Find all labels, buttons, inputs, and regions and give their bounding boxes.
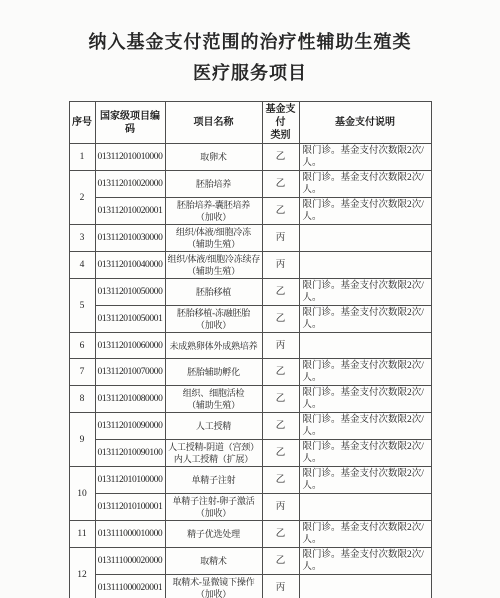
note-cell: 限门诊。基金支付次数限2次/ 人。 — [299, 144, 431, 171]
table-row: 4013112010040000组织/体液/细胞冷冻续存 （辅助生殖）丙 — [69, 252, 431, 279]
note-cell: 限门诊。基金支付次数限2次/ 人。 — [299, 359, 431, 386]
table-row: 8013112010080000组织、细胞活检 （辅助生殖）乙限门诊。基金支付次… — [69, 386, 431, 413]
seq-cell: 1 — [69, 144, 95, 171]
category-cell: 乙 — [262, 171, 299, 198]
note-cell: 限门诊。基金支付次数限2次/ 人。 — [299, 171, 431, 198]
category-cell: 丙 — [262, 494, 299, 521]
seq-cell: 5 — [69, 279, 95, 333]
service-items-table: 序号 国家级项目编码 项目名称 基金支付 类别 基金支付说明 101311201… — [69, 101, 432, 598]
table-row: 5013112010050000胚胎移植乙限门诊。基金支付次数限2次/ 人。 — [69, 279, 431, 306]
code-cell: 013112010010000 — [95, 144, 165, 171]
name-cell: 取精术 — [165, 548, 262, 575]
code-cell: 013112010040000 — [95, 252, 165, 279]
code-cell: 013112010050001 — [95, 306, 165, 333]
header-code: 国家级项目编码 — [95, 102, 165, 144]
header-note: 基金支付说明 — [299, 102, 431, 144]
name-cell: 胚胎辅助孵化 — [165, 359, 262, 386]
name-cell: 胚胎移植-冻融胚胎 （加收） — [165, 306, 262, 333]
name-cell: 组织/体液/细胞冷冻 （辅助生殖） — [165, 225, 262, 252]
seq-cell: 12 — [69, 548, 95, 598]
seq-cell: 6 — [69, 333, 95, 359]
seq-cell: 8 — [69, 386, 95, 413]
note-cell — [299, 494, 431, 521]
code-cell: 013112010100001 — [95, 494, 165, 521]
category-cell: 丙 — [262, 333, 299, 359]
name-cell: 未成熟卵体外成熟培养 — [165, 333, 262, 359]
seq-cell: 11 — [69, 521, 95, 548]
name-cell: 胚胎培养-囊胚培养 （加收） — [165, 198, 262, 225]
category-cell: 乙 — [262, 306, 299, 333]
note-cell: 限门诊。基金支付次数限2次/ 人。 — [299, 467, 431, 494]
name-cell: 胚胎培养 — [165, 171, 262, 198]
name-cell: 胚胎移植 — [165, 279, 262, 306]
note-cell: 限门诊。基金支付次数限2次/ 人。 — [299, 279, 431, 306]
name-cell: 取卵术 — [165, 144, 262, 171]
code-cell: 013112010030000 — [95, 225, 165, 252]
note-cell — [299, 225, 431, 252]
name-cell: 组织/体液/细胞冷冻续存 （辅助生殖） — [165, 252, 262, 279]
document-page: 纳入基金支付范围的治疗性辅助生殖类 医疗服务项目 序号 国家级项目编码 项目名称… — [0, 0, 500, 598]
seq-cell: 7 — [69, 359, 95, 386]
document-title-line1: 纳入基金支付范围的治疗性辅助生殖类 — [0, 27, 500, 58]
seq-cell: 4 — [69, 252, 95, 279]
category-cell: 乙 — [262, 440, 299, 467]
code-cell: 013112010090000 — [95, 413, 165, 440]
seq-cell: 2 — [69, 171, 95, 225]
name-cell: 人工授精-阴道（宫颈） 内人工授精（扩展） — [165, 440, 262, 467]
header-row: 序号 国家级项目编码 项目名称 基金支付 类别 基金支付说明 — [69, 102, 431, 144]
category-cell: 乙 — [262, 386, 299, 413]
note-cell: 限门诊。基金支付次数限2次/ 人。 — [299, 386, 431, 413]
table-row: 3013112010030000组织/体液/细胞冷冻 （辅助生殖）丙 — [69, 225, 431, 252]
table-row: 013111000020001取精术-显微镜下操作 （加收）丙 — [69, 575, 431, 598]
category-cell: 乙 — [262, 198, 299, 225]
code-cell: 013112010050000 — [95, 279, 165, 306]
code-cell: 013112010070000 — [95, 359, 165, 386]
seq-cell: 3 — [69, 225, 95, 252]
name-cell: 单精子注射-卵子激活 （加收） — [165, 494, 262, 521]
name-cell: 单精子注射 — [165, 467, 262, 494]
name-cell: 组织、细胞活检 （辅助生殖） — [165, 386, 262, 413]
code-cell: 013112010100000 — [95, 467, 165, 494]
seq-cell: 10 — [69, 467, 95, 521]
category-cell: 丙 — [262, 225, 299, 252]
note-cell — [299, 333, 431, 359]
note-cell: 限门诊。基金支付次数限2次/ 人。 — [299, 198, 431, 225]
note-cell — [299, 575, 431, 598]
note-cell: 限门诊。基金支付次数限2次/ 人。 — [299, 548, 431, 575]
header-name: 项目名称 — [165, 102, 262, 144]
code-cell: 013111000020000 — [95, 548, 165, 575]
table-body: 1013112010010000取卵术乙限门诊。基金支付次数限2次/ 人。201… — [69, 144, 431, 598]
table-row: 9013112010090000人工授精乙限门诊。基金支付次数限2次/ 人。 — [69, 413, 431, 440]
code-cell: 013112010080000 — [95, 386, 165, 413]
document-title-line2: 医疗服务项目 — [0, 58, 500, 89]
code-cell: 013112010060000 — [95, 333, 165, 359]
name-cell: 取精术-显微镜下操作 （加收） — [165, 575, 262, 598]
header-seq: 序号 — [69, 102, 95, 144]
code-cell: 013111000020001 — [95, 575, 165, 598]
category-cell: 乙 — [262, 521, 299, 548]
note-cell: 限门诊。基金支付次数限2次/ 人。 — [299, 413, 431, 440]
table-row: 10013112010100000单精子注射乙限门诊。基金支付次数限2次/ 人。 — [69, 467, 431, 494]
category-cell: 乙 — [262, 548, 299, 575]
note-cell: 限门诊。基金支付次数限2次/ 人。 — [299, 521, 431, 548]
category-cell: 丙 — [262, 575, 299, 598]
code-cell: 013112010090100 — [95, 440, 165, 467]
table-row: 6013112010060000未成熟卵体外成熟培养丙 — [69, 333, 431, 359]
seq-cell: 9 — [69, 413, 95, 467]
name-cell: 人工授精 — [165, 413, 262, 440]
table-row: 12013111000020000取精术乙限门诊。基金支付次数限2次/ 人。 — [69, 548, 431, 575]
table-row: 1013112010010000取卵术乙限门诊。基金支付次数限2次/ 人。 — [69, 144, 431, 171]
note-cell: 限门诊。基金支付次数限2次/ 人。 — [299, 440, 431, 467]
code-cell: 013112010020001 — [95, 198, 165, 225]
code-cell: 013111000010000 — [95, 521, 165, 548]
category-cell: 乙 — [262, 144, 299, 171]
table-row: 11013111000010000精子优选处理乙限门诊。基金支付次数限2次/ 人… — [69, 521, 431, 548]
table-row: 013112010090100人工授精-阴道（宫颈） 内人工授精（扩展）乙限门诊… — [69, 440, 431, 467]
note-cell — [299, 252, 431, 279]
document-title: 纳入基金支付范围的治疗性辅助生殖类 医疗服务项目 — [0, 27, 500, 89]
table-row: 013112010100001单精子注射-卵子激活 （加收）丙 — [69, 494, 431, 521]
category-cell: 乙 — [262, 413, 299, 440]
name-cell: 精子优选处理 — [165, 521, 262, 548]
table-header: 序号 国家级项目编码 项目名称 基金支付 类别 基金支付说明 — [69, 102, 431, 144]
note-cell: 限门诊。基金支付次数限2次/ 人。 — [299, 306, 431, 333]
category-cell: 乙 — [262, 467, 299, 494]
header-category: 基金支付 类别 — [262, 102, 299, 144]
category-cell: 乙 — [262, 359, 299, 386]
table-row: 2013112010020000胚胎培养乙限门诊。基金支付次数限2次/ 人。 — [69, 171, 431, 198]
table-row: 013112010020001胚胎培养-囊胚培养 （加收）乙限门诊。基金支付次数… — [69, 198, 431, 225]
category-cell: 丙 — [262, 252, 299, 279]
table-row: 7013112010070000胚胎辅助孵化乙限门诊。基金支付次数限2次/ 人。 — [69, 359, 431, 386]
category-cell: 乙 — [262, 279, 299, 306]
code-cell: 013112010020000 — [95, 171, 165, 198]
table-row: 013112010050001胚胎移植-冻融胚胎 （加收）乙限门诊。基金支付次数… — [69, 306, 431, 333]
